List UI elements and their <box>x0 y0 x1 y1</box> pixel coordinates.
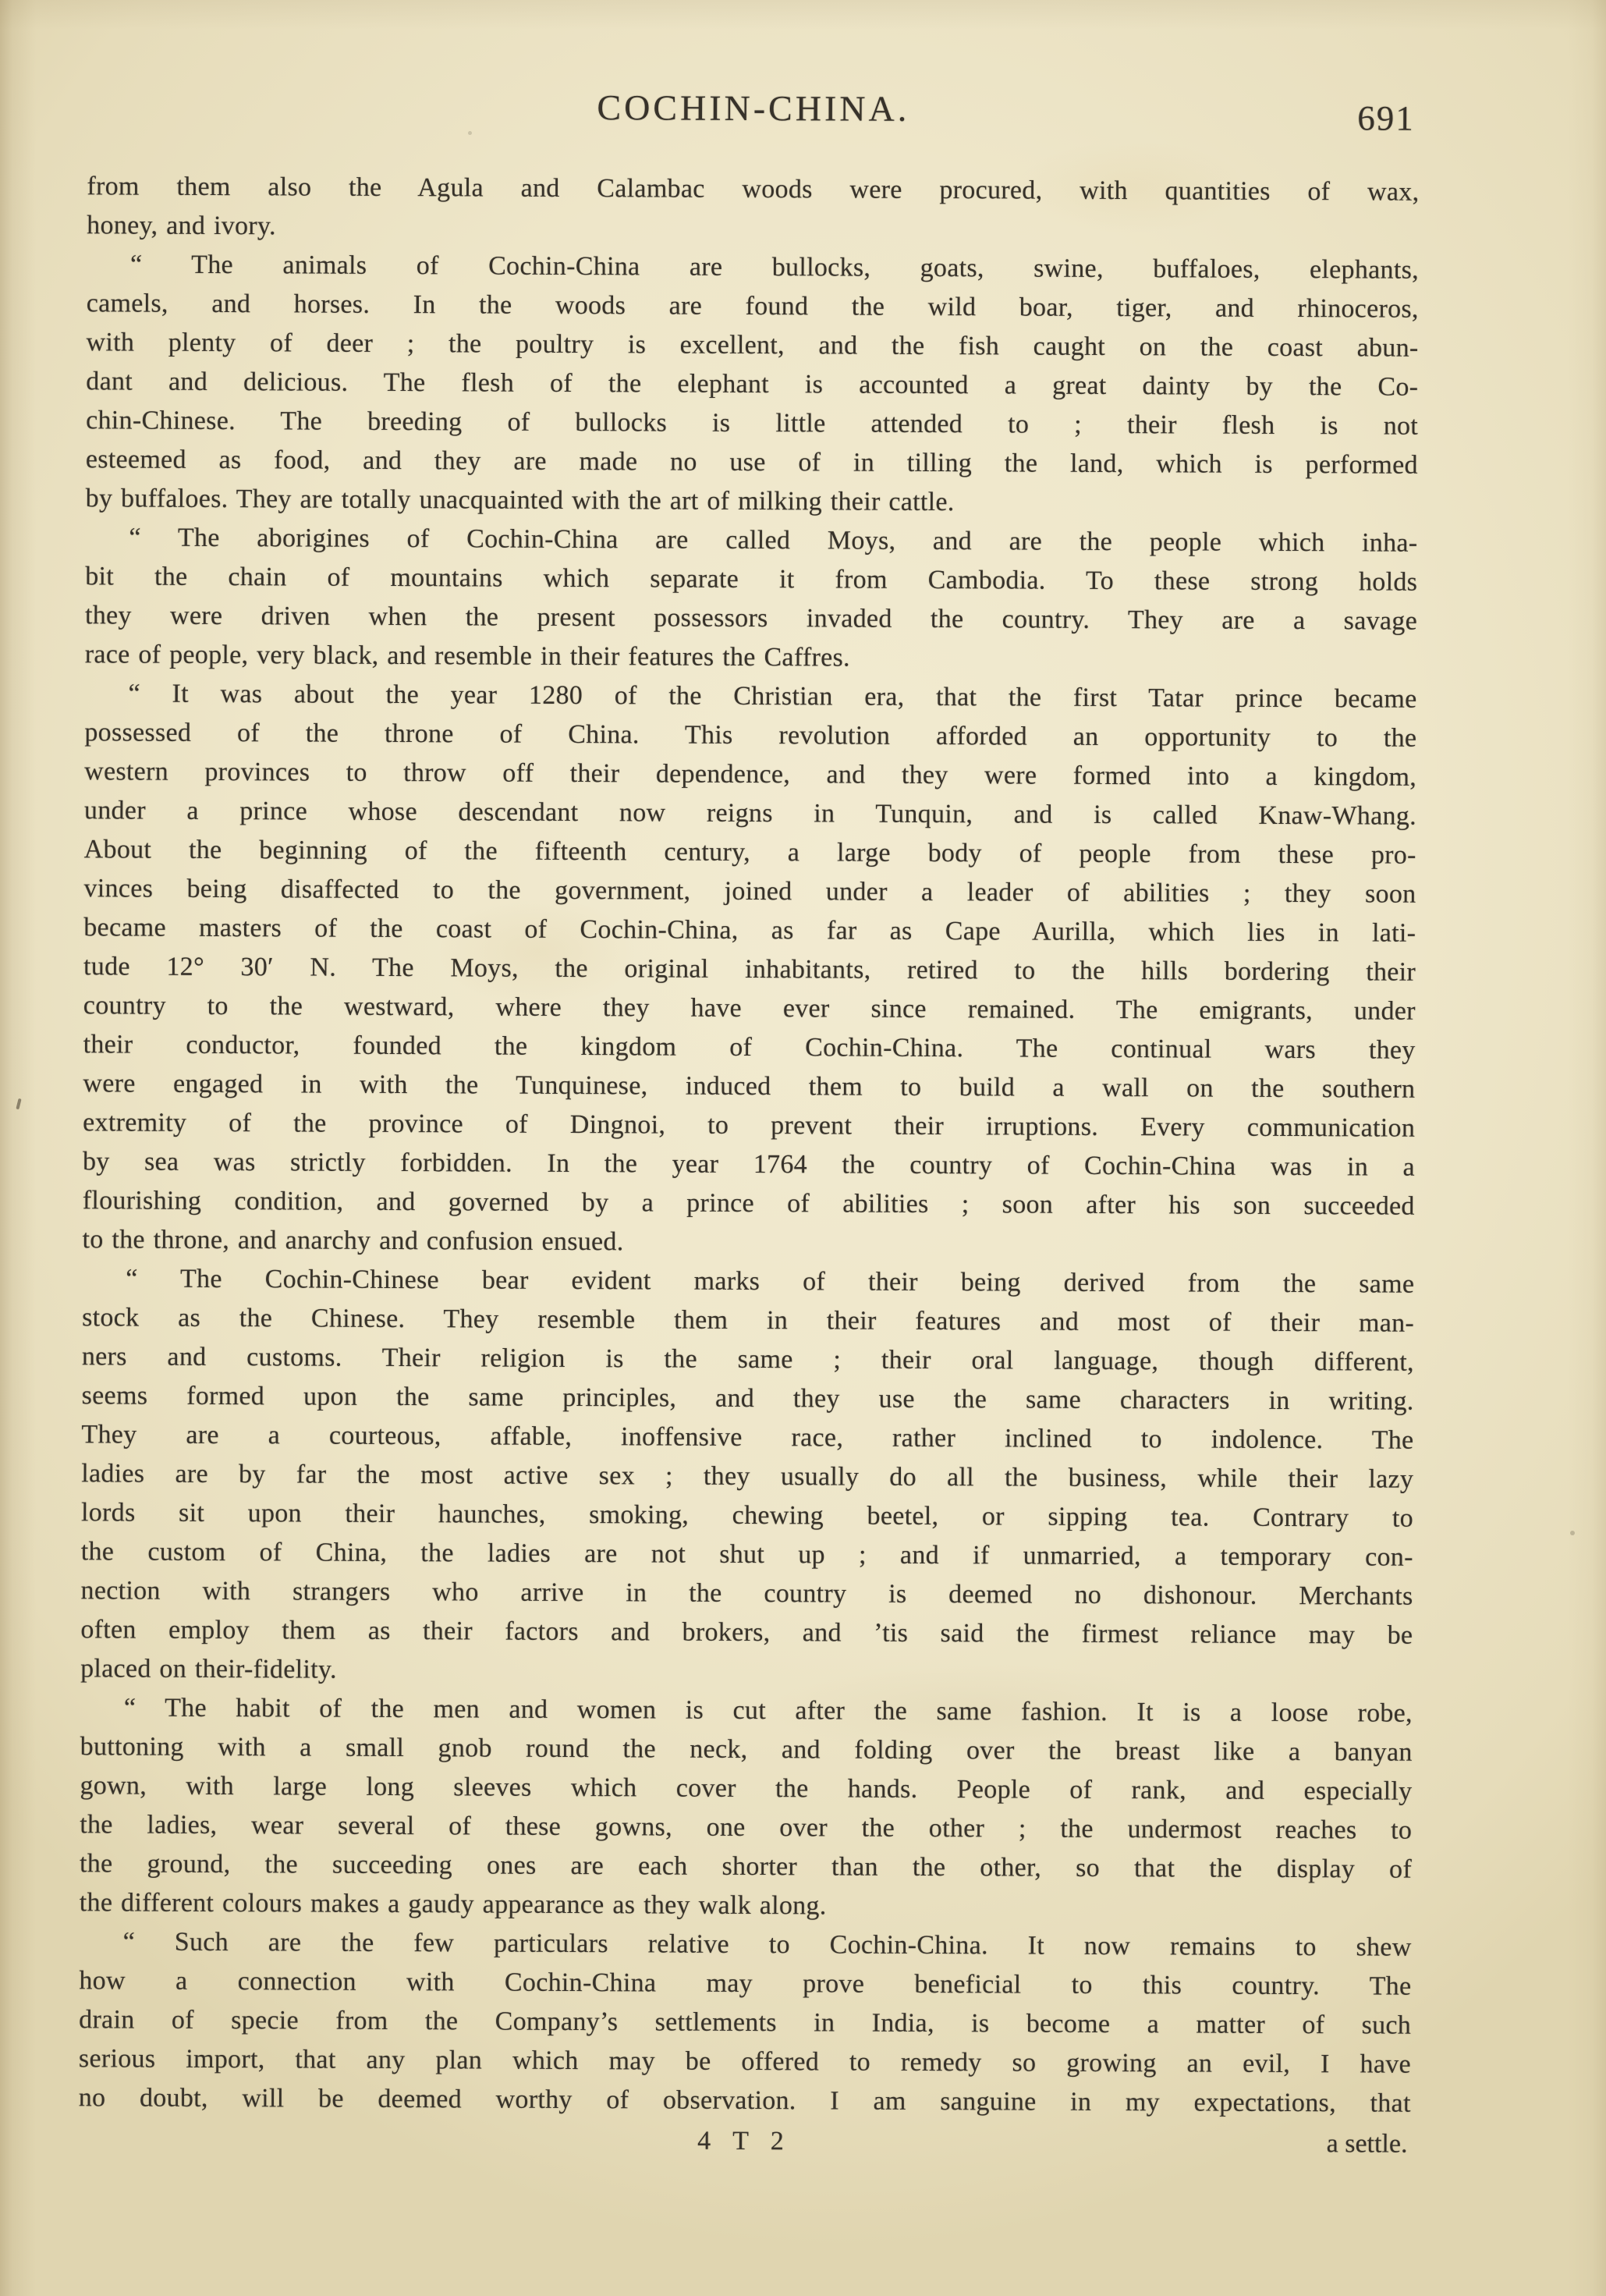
paragraph: “ The habit of the men and women is cut … <box>80 1688 1413 1928</box>
paragraph: “ It was about the year 1280 of the Chri… <box>82 674 1416 1265</box>
text-line: often employ them as their factors and b… <box>80 1610 1413 1655</box>
text-line: “ The Cochin-Chinese bear evident marks … <box>82 1259 1414 1304</box>
text-line: nection with strangers who arrive in the… <box>80 1571 1413 1616</box>
text-line: under a prince whose descendant now reig… <box>84 791 1416 836</box>
page-footer: 4 T 2 a settle. <box>78 2124 1410 2170</box>
text-line: country to the westward, where they have… <box>83 986 1416 1031</box>
text-line: the ladies, wear several of these gowns,… <box>80 1805 1412 1850</box>
text-block: COCHIN-CHINA. 691 from them also the Agu… <box>78 84 1420 2170</box>
page-number: 691 <box>1357 98 1415 138</box>
text-line: the custom of China, the ladies are not … <box>81 1532 1413 1577</box>
paragraph: “ The animals of Cochin-China are bulloc… <box>86 245 1420 523</box>
text-line: to the throne, and anarchy and confusion… <box>82 1220 1414 1265</box>
text-line: serious import, that any plan which may … <box>79 2039 1411 2084</box>
text-line: the different colours makes a gaudy appe… <box>80 1883 1412 1928</box>
paragraph: from them also the Agula and Calambac wo… <box>87 167 1419 250</box>
text-line: dant and delicious. The flesh of the ele… <box>86 362 1418 406</box>
text-line: honey, and ivory. <box>87 206 1419 250</box>
text-line: “ Such are the few particulars relative … <box>80 1922 1412 1967</box>
text-line: buttoning with a small gnob round the ne… <box>80 1727 1413 1772</box>
text-line: extremity of the province of Dingnoi, to… <box>83 1103 1415 1148</box>
text-line: ladies are by far the most active sex ; … <box>81 1454 1413 1499</box>
text-line: by buffaloes. They are totally unacquain… <box>86 479 1418 523</box>
page-header: COCHIN-CHINA. 691 <box>87 84 1420 172</box>
text-line: flourishing condition, and governed by a… <box>83 1181 1415 1226</box>
text-line: esteemed as food, and they are made no u… <box>86 440 1418 484</box>
text-line: their conductor, founded the kingdom of … <box>83 1025 1416 1070</box>
text-line: became masters of the coast of Cochin-Ch… <box>83 908 1416 953</box>
catchword: a settle. <box>1327 2129 1408 2159</box>
text-line: lords sit upon their haunches, smoking, … <box>81 1493 1413 1538</box>
text-line: gown, with large long sleeves which cove… <box>80 1766 1412 1811</box>
text-line: About the beginning of the fifteenth cen… <box>84 830 1416 875</box>
text-line: race of people, very black, and resemble… <box>85 635 1417 680</box>
text-line: seems formed upon the same principles, a… <box>82 1376 1414 1421</box>
text-line: western provinces to throw off their dep… <box>84 752 1416 797</box>
text-line: the ground, the succeeding ones are each… <box>80 1844 1412 1889</box>
text-line: “ The habit of the men and women is cut … <box>80 1688 1413 1733</box>
scan-speck <box>1570 1531 1575 1535</box>
text-line: how a connection with Cochin-China may p… <box>79 1961 1411 2006</box>
paragraph: “ The Cochin-Chinese bear evident marks … <box>80 1259 1414 1694</box>
text-line: drain of specie from the Company’s settl… <box>79 2000 1411 2045</box>
page-body: from them also the Agula and Calambac wo… <box>79 167 1420 2123</box>
book-page: COCHIN-CHINA. 691 from them also the Agu… <box>0 0 1606 2296</box>
paragraph: “ The aborigines of Cochin-China are cal… <box>85 518 1418 680</box>
text-line: tude 12° 30′ N. The Moys, the original i… <box>83 947 1416 992</box>
text-line: they were driven when the present posses… <box>85 596 1417 641</box>
text-line: chin-Chinese. The breeding of bullocks i… <box>86 401 1418 445</box>
text-line: They are a courteous, affable, inoffensi… <box>81 1415 1413 1460</box>
text-line: with plenty of deer ; the poultry is exc… <box>86 323 1418 367</box>
text-line: no doubt, will be deemed worthy of obser… <box>79 2078 1411 2123</box>
running-title: COCHIN-CHINA. <box>87 84 1420 131</box>
text-line: camels, and horses. In the woods are fou… <box>87 284 1419 328</box>
text-line: possessed of the throne of China. This r… <box>84 713 1416 758</box>
text-line: by sea was strictly forbidden. In the ye… <box>83 1142 1415 1187</box>
text-line: “ The animals of Cochin-China are bulloc… <box>87 245 1419 289</box>
paragraph: “ Such are the few particulars relative … <box>79 1922 1412 2123</box>
text-line: “ It was about the year 1280 of the Chri… <box>84 674 1416 719</box>
text-line: “ The aborigines of Cochin-China are cal… <box>85 518 1417 562</box>
text-line: placed on their-fidelity. <box>80 1649 1413 1694</box>
text-line: bit the chain of mountains which separat… <box>85 557 1417 602</box>
text-line: ners and customs. Their religion is the … <box>82 1337 1414 1382</box>
signature-mark: 4 T 2 <box>78 2124 1410 2159</box>
text-line: vinces being disaffected to the governme… <box>83 869 1416 914</box>
scan-speck <box>16 1098 21 1110</box>
text-line: stock as the Chinese. They resemble them… <box>82 1298 1414 1343</box>
text-line: from them also the Agula and Calambac wo… <box>87 167 1419 211</box>
text-line: were engaged in with the Tunquinese, ind… <box>83 1064 1415 1109</box>
